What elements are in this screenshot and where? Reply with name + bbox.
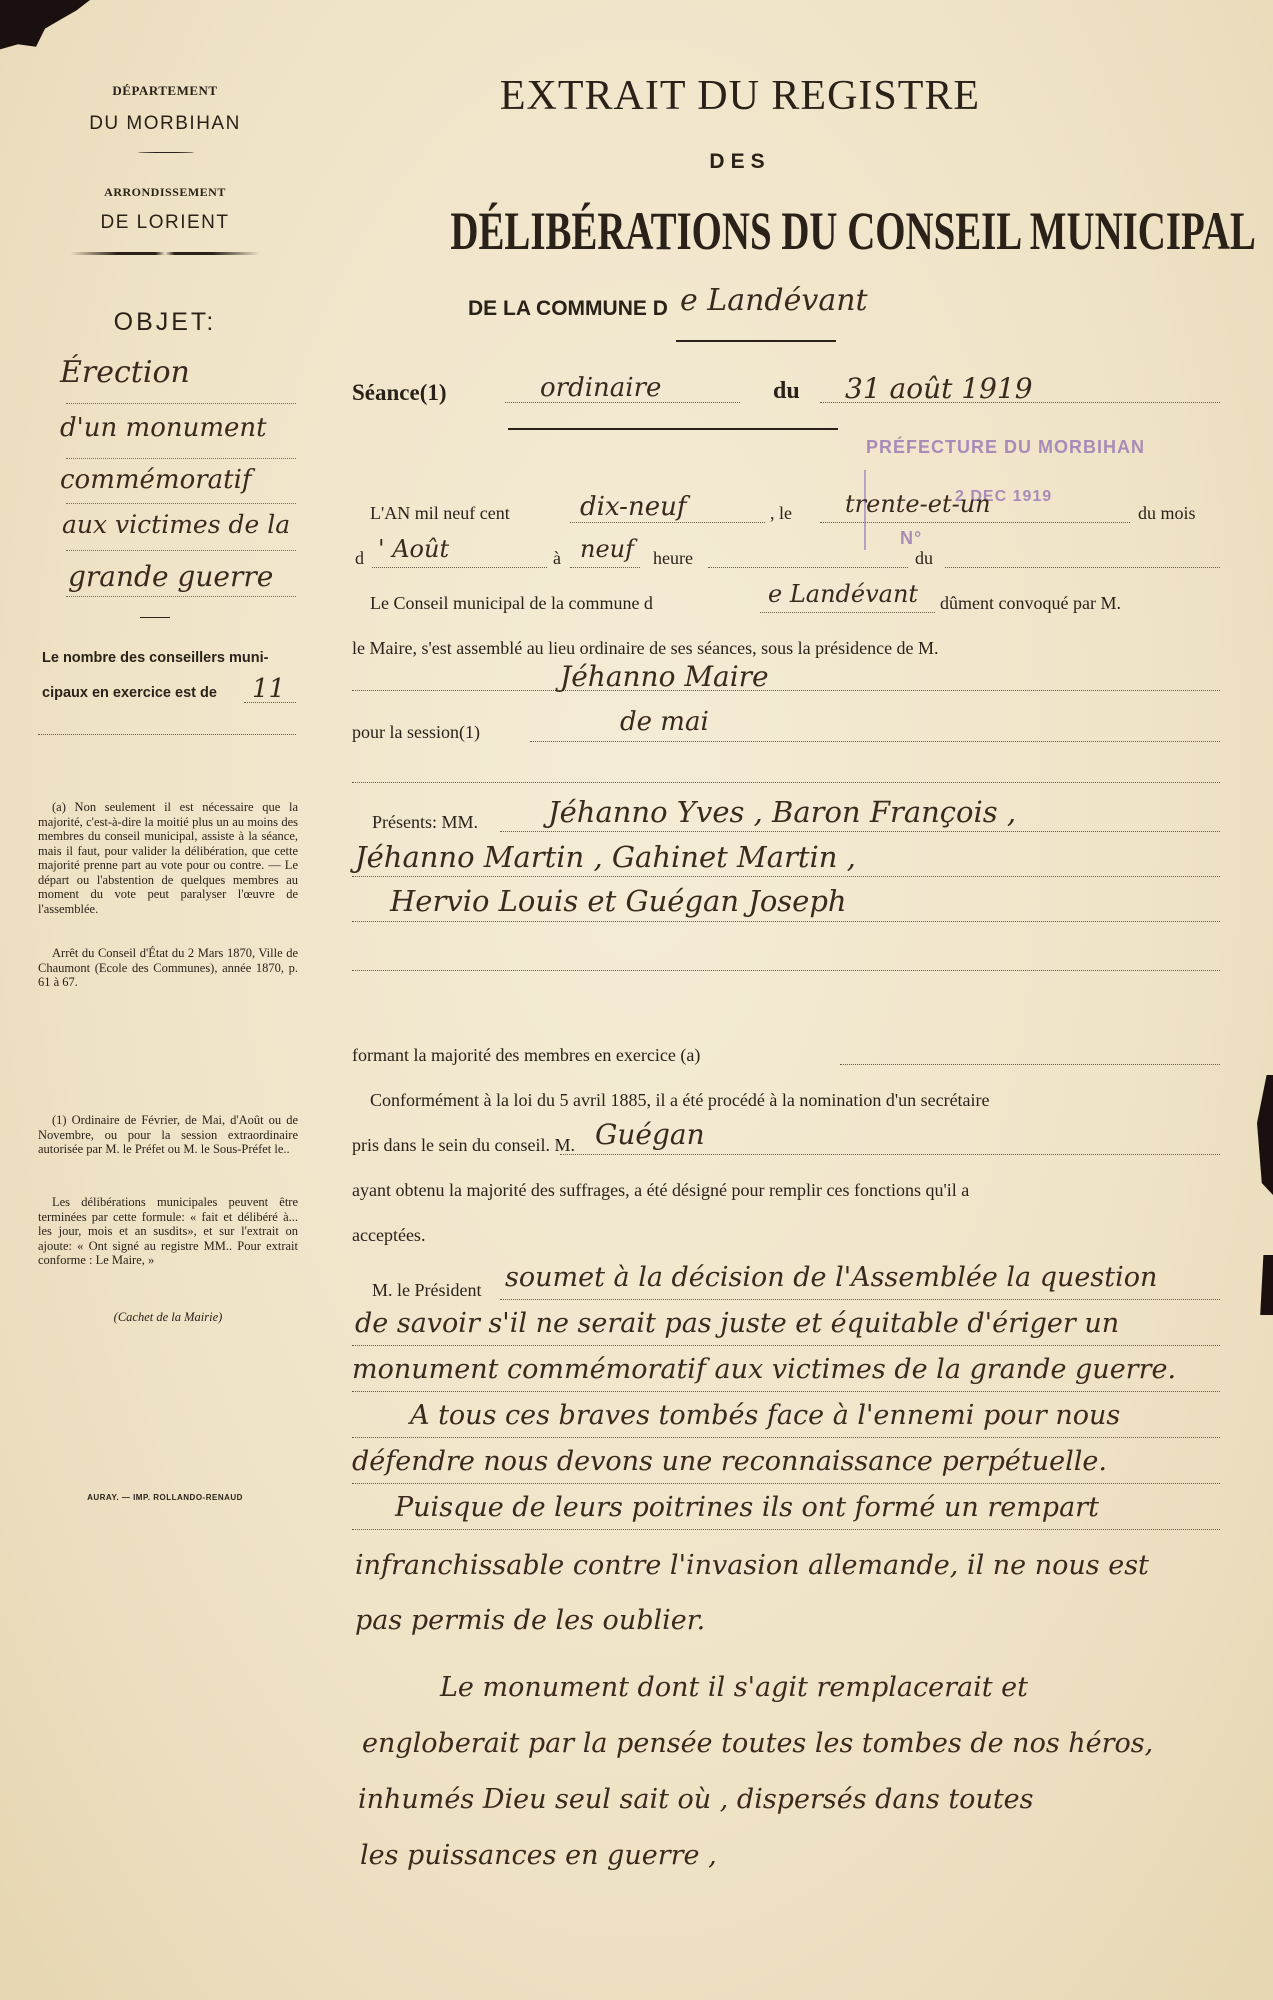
an-value: dix-neuf	[580, 492, 686, 522]
dotted-line	[570, 567, 640, 568]
dotted-line	[38, 734, 296, 735]
conformement-text: Conformément à la loi du 5 avril 1885, i…	[370, 1090, 990, 1111]
note-a: (a) Non seulement il est nécessaire que …	[38, 800, 298, 916]
dotted-line	[352, 876, 1220, 877]
dotted-line	[66, 458, 296, 459]
sein-text: pris dans le sein du conseil. M.	[352, 1135, 575, 1156]
title-line-3-wrap: DÉLIBÉRATIONS DU CONSEIL MUNICIPAL	[330, 200, 1190, 262]
cachet-label: (Cachet de la Mairie)	[38, 1310, 298, 1325]
deliberation-line: Le monument dont il s'agit remplacerait …	[440, 1672, 1028, 1703]
dotted-line	[352, 1437, 1220, 1438]
dotted-line	[560, 1154, 1220, 1155]
deliberation-line: A tous ces braves tombés face à l'ennemi…	[410, 1400, 1120, 1431]
acceptees-text: acceptées.	[352, 1225, 425, 1246]
presents-line: Hervio Louis et Guégan Joseph	[390, 884, 847, 918]
objet-line: aux victimes de la	[62, 510, 322, 539]
deliberation-line: pas permis de les oublier.	[355, 1605, 705, 1636]
dotted-line	[66, 550, 296, 551]
heure-label: heure	[653, 548, 693, 569]
conseil-commune: e Landévant	[768, 580, 918, 608]
objet-line: grande guerre	[68, 560, 328, 593]
torn-edge	[1257, 1075, 1273, 1195]
seance-du-label: du	[773, 378, 800, 405]
dotted-line	[244, 702, 296, 703]
session-label: pour la session(1)	[352, 722, 480, 743]
seance-label: Séance(1)	[352, 380, 447, 406]
commune-label: DE LA COMMUNE D	[468, 297, 668, 321]
conseillers-text: Le nombre des conseillers muni-	[42, 650, 268, 666]
conseil-text-2: dûment convoqué par M.	[940, 593, 1121, 614]
note-a-reference: Arrêt du Conseil d'État du 2 Mars 1870, …	[38, 946, 298, 990]
conseil-text: Le Conseil municipal de la commune d	[370, 593, 653, 614]
dotted-line	[945, 567, 1220, 568]
document-page: DÉPARTEMENT DU MORBIHAN ARRONDISSEMENT D…	[0, 0, 1273, 2000]
deliberation-line: engloberait par la pensée toutes les tom…	[362, 1728, 1153, 1759]
d-label: d	[355, 548, 364, 569]
dotted-line	[372, 567, 547, 568]
torn-edge	[1257, 1255, 1273, 1315]
dotted-line	[352, 782, 1220, 783]
deliberation-line: soumet à la décision de l'Assemblée la q…	[505, 1262, 1157, 1293]
dotted-line	[352, 690, 1220, 691]
mois-value: ' Août	[378, 535, 449, 563]
dotted-line	[66, 403, 296, 404]
ornament-divider	[70, 252, 260, 255]
title-line-3: DÉLIBÉRATIONS DU CONSEIL MUNICIPAL	[450, 200, 1069, 262]
dotted-line	[352, 921, 1220, 922]
le-label: , le	[770, 503, 792, 524]
an-label: L'AN mil neuf cent	[370, 503, 510, 524]
ornament-divider	[508, 428, 838, 430]
title-line-1: EXTRAIT DU REGISTRE	[380, 72, 1100, 120]
deliberation-line: monument commémoratif aux victimes de la…	[352, 1354, 1176, 1385]
torn-corner	[0, 0, 90, 52]
deliberation-line: infranchissable contre l'invasion allema…	[355, 1550, 1149, 1581]
deliberation-line: de savoir s'il ne serait pas juste et éq…	[355, 1308, 1119, 1339]
divider	[138, 152, 194, 153]
deliberation-line: défendre nous devons une reconnaissance …	[352, 1446, 1107, 1477]
conseillers-text: cipaux en exercice est de	[42, 685, 217, 701]
deliberation-line: les puissances en guerre ,	[360, 1840, 717, 1871]
objet-line: commémoratif	[60, 465, 320, 495]
dotted-line	[66, 596, 296, 597]
dotted-line	[66, 503, 296, 504]
dotted-line	[352, 1345, 1220, 1346]
dotted-line	[530, 741, 1220, 742]
president-label: M. le Président	[372, 1280, 482, 1301]
dotted-line	[352, 1391, 1220, 1392]
title-line-2: DES	[380, 150, 1100, 174]
departement-name: DU MORBIHAN	[40, 113, 290, 135]
conseillers-count: 11	[252, 674, 285, 704]
presents-line: Jéhanno Martin , Gahinet Martin ,	[355, 840, 856, 874]
note-1: (1) Ordinaire de Février, de Mai, d'Août…	[38, 1113, 298, 1157]
president-name: Jéhanno Maire	[560, 660, 769, 693]
objet-line: d'un monument	[60, 413, 320, 443]
presents-line: Jéhanno Yves , Baron François ,	[548, 795, 1016, 829]
a-label: à	[553, 548, 561, 569]
dotted-line	[820, 522, 1130, 523]
formula-note: Les délibérations municipales peuvent êt…	[38, 1195, 298, 1268]
dotted-line	[840, 1064, 1220, 1065]
objet-line: Érection	[60, 355, 320, 390]
dotted-line	[760, 612, 935, 613]
dotted-line	[352, 1529, 1220, 1530]
printer-imprint: AURAY. — IMP. ROLLANDO-RENAUD	[40, 1493, 290, 1502]
jour-value: trente-et-un	[845, 490, 991, 518]
prefecture-stamp: PRÉFECTURE DU MORBIHAN	[866, 437, 1145, 458]
seance-date: 31 août 1919	[845, 372, 1033, 405]
dotted-line	[500, 1299, 1220, 1300]
majorite-text: formant la majorité des membres en exerc…	[352, 1045, 700, 1066]
arrondissement-label: ARRONDISSEMENT	[40, 185, 290, 200]
seance-type: ordinaire	[540, 373, 661, 403]
arrondissement-name: DE LORIENT	[40, 212, 290, 234]
secretaire-name: Guégan	[595, 1118, 705, 1151]
du-label: du	[915, 548, 933, 569]
stamp-number: N°	[900, 528, 922, 549]
session-value: de mai	[620, 707, 709, 737]
divider	[140, 617, 170, 618]
ayant-text: ayant obtenu la majorité des suffrages, …	[352, 1180, 969, 1201]
objet-label: OBJET:	[40, 308, 290, 337]
departement-label: DÉPARTEMENT	[40, 83, 290, 99]
dotted-line	[570, 522, 765, 523]
dotted-line	[500, 831, 1220, 832]
maire-text: le Maire, s'est assemblé au lieu ordinai…	[352, 638, 939, 659]
deliberation-line: inhumés Dieu seul sait où , dispersés da…	[358, 1784, 1034, 1815]
dotted-line	[708, 567, 908, 568]
deliberation-line: Puisque de leurs poitrines ils ont formé…	[395, 1492, 1099, 1523]
commune-value: e Landévant	[680, 283, 868, 318]
presents-label: Présents: MM.	[372, 812, 478, 833]
heure-value: neuf	[580, 535, 634, 563]
dotted-line	[352, 1483, 1220, 1484]
dotted-line	[352, 970, 1220, 971]
ornament-divider	[676, 340, 836, 342]
mois-label: du mois	[1138, 503, 1196, 524]
